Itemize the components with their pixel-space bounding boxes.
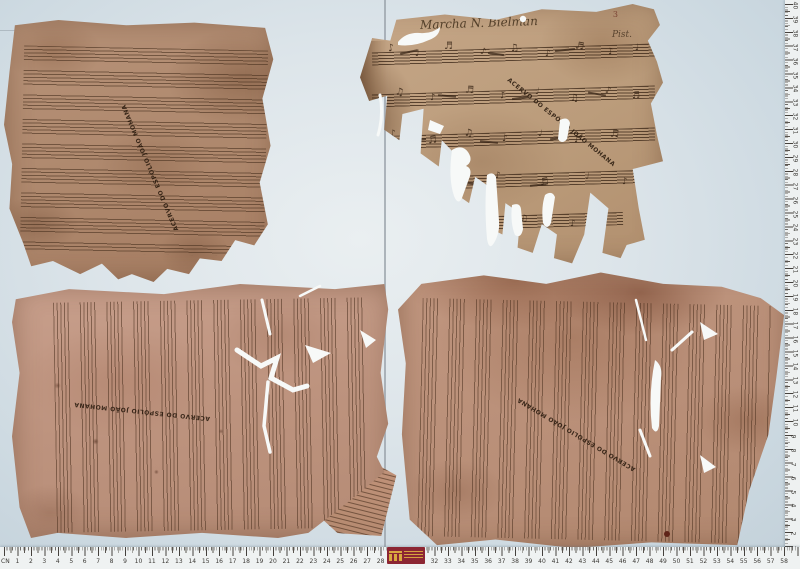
ruler-number: 35	[791, 71, 798, 79]
logo-text-lines	[404, 551, 423, 560]
ruler-number: 24	[791, 224, 798, 232]
ruler-number: 57	[767, 558, 775, 565]
ruler-number: 25	[791, 210, 798, 218]
ruler-number: 11	[791, 405, 798, 413]
ruler-number: 8	[789, 448, 796, 452]
music-note: ♫	[464, 129, 474, 140]
ruler-number: 23	[310, 558, 318, 565]
ruler-number: 10	[791, 419, 798, 427]
ruler-number: 32	[431, 558, 439, 565]
ruler-number: 12	[162, 558, 170, 565]
ruler-number: 45	[605, 558, 613, 565]
vertical-ruler: 4039383736353433323130292827262524232221…	[785, 0, 800, 548]
page-number: 3	[613, 10, 618, 19]
ruler-number: 34	[457, 558, 465, 565]
music-note: ♫	[570, 94, 579, 104]
ruler-number: 41	[552, 558, 560, 565]
ruler-number: 22	[296, 558, 304, 565]
ruler-unit-label: CN	[1, 558, 10, 565]
ruler-number: 28	[377, 558, 385, 565]
page-top-right: Marcha N. Bielman Pist. 3 ACERVO DO ESPÓ…	[360, 4, 663, 266]
ruler-number: 49	[659, 558, 667, 565]
ruler-number: 4	[56, 558, 60, 565]
music-note: ♫	[394, 87, 404, 98]
ruler-number: 3	[789, 518, 796, 522]
music-note: ♬	[444, 42, 453, 52]
ruler-number: 7	[96, 558, 100, 565]
ruler-number: 48	[646, 558, 654, 565]
ruler-number: 14	[188, 558, 196, 565]
music-note: ♬	[610, 130, 620, 141]
ruler-number: 5	[69, 558, 73, 565]
ruler-number: 33	[791, 99, 798, 107]
ruler-number: 2	[29, 558, 33, 565]
ruler-number: 26	[791, 196, 798, 204]
ruler-number: 21	[283, 558, 291, 565]
ruler-number: 36	[791, 57, 798, 65]
ruler-number: 54	[726, 558, 734, 565]
music-note: ♫	[510, 44, 520, 55]
ruler-number: 18	[791, 307, 798, 315]
ruler-number: 21	[791, 266, 798, 274]
ruler-number: 38	[511, 558, 519, 565]
ruler-number: 19	[791, 294, 798, 302]
ruler-number: 29	[791, 155, 798, 163]
ruler-number: 56	[753, 558, 761, 565]
ruler-number: 15	[791, 349, 798, 357]
ruler-number: 9	[789, 434, 796, 438]
ruler-number: 53	[713, 558, 721, 565]
staves	[53, 297, 377, 533]
ruler-number: 47	[632, 558, 640, 565]
music-note: ♪	[545, 50, 551, 59]
music-note: ♩	[635, 44, 639, 53]
ruler-number: 10	[135, 558, 143, 565]
ruler-number: 35	[471, 558, 479, 565]
ruler-number: 27	[791, 182, 798, 190]
ruler-number: 18	[242, 558, 250, 565]
ruler-number: 46	[619, 558, 627, 565]
ruler-number: 44	[592, 558, 600, 565]
music-note: ♬	[632, 92, 641, 102]
ruler-number: 52	[700, 558, 708, 565]
staves	[417, 298, 772, 544]
page-bottom-left: ACERVO DO ESPÓLIO JOÃO MOHANA	[12, 284, 392, 538]
ruler-number: 13	[175, 558, 183, 565]
ruler-number: 40	[538, 558, 546, 565]
page-bottom-right: ACERVO DO ESPÓLIO JOÃO MOHANA	[398, 264, 788, 548]
ruler-number: 13	[791, 377, 798, 385]
ruler-number: 28	[791, 168, 798, 176]
ruler-number: 12	[791, 391, 798, 399]
ruler-number: 58	[780, 558, 788, 565]
beam-mark	[445, 223, 461, 226]
ruler-number: 15	[202, 558, 210, 565]
ruler-number: 20	[269, 558, 277, 565]
ruler-number: 6	[789, 476, 796, 480]
ruler-number: 37	[498, 558, 506, 565]
ruler-number: 43	[579, 558, 587, 565]
ruler-number: 22	[791, 252, 798, 260]
page-top-left: ACERVO DO ESPÓLIO JOÃO MOHANA	[4, 20, 276, 282]
ruler-number: 24	[323, 558, 331, 565]
ruler-number: 42	[565, 558, 573, 565]
ruler-number: 31	[791, 127, 798, 135]
ruler-number: 14	[791, 363, 798, 371]
scene: ACERVO DO ESPÓLIO JOÃO MOHANA Marcha N. …	[0, 0, 800, 569]
music-note: ♪	[570, 220, 577, 229]
music-note: ♪	[495, 172, 501, 181]
music-note: ♬	[465, 86, 475, 97]
ruler-number: 51	[686, 558, 694, 565]
ruler-number: 2	[789, 532, 796, 536]
ruler-number: 39	[525, 558, 533, 565]
ruler-number: 3	[42, 558, 46, 565]
ruler-number: 38	[791, 29, 798, 37]
music-note: ♪	[390, 130, 396, 139]
ruler-number: 4	[789, 504, 796, 508]
ruler-number: 17	[229, 558, 237, 565]
ruler-number: 19	[256, 558, 264, 565]
ruler-number: 32	[791, 113, 798, 121]
music-note: ♪	[469, 220, 476, 230]
ruler-number: 25	[336, 558, 344, 565]
ruler-number: 23	[791, 238, 798, 246]
ruler-number: 34	[791, 85, 798, 93]
music-note: ♬	[574, 41, 585, 52]
ruler-number: 16	[791, 335, 798, 343]
music-note: ♪	[573, 136, 580, 146]
ruler-number: 7	[789, 462, 796, 466]
ruler-number: 9	[123, 558, 127, 565]
ruler-number: 30	[791, 141, 798, 149]
music-note: ♬	[427, 135, 437, 146]
ruler-number: 36	[484, 558, 492, 565]
ruler-number: 1	[16, 558, 20, 565]
music-note: ♫	[520, 215, 529, 225]
ruler-number: 11	[148, 558, 156, 565]
ruler-number: 20	[791, 280, 798, 288]
ruler-number: 39	[791, 16, 798, 24]
handwritten-title-suffix: Pist.	[612, 30, 632, 40]
ruler-number: 40	[791, 2, 798, 10]
ruler-number: 55	[740, 558, 748, 565]
building-icon	[389, 551, 402, 561]
ruler-number: 37	[791, 43, 798, 51]
ruler-number: 33	[444, 558, 452, 565]
ruler-number: 26	[350, 558, 358, 565]
music-note: ♫	[449, 178, 459, 189]
music-note: ♬	[420, 216, 429, 226]
ruler-number: 27	[363, 558, 371, 565]
ruler-number: 16	[215, 558, 223, 565]
ruler-number: 6	[83, 558, 87, 565]
archive-logo	[387, 547, 425, 564]
music-note: ♪	[430, 94, 437, 104]
ruler-number: 8	[110, 558, 114, 565]
music-note: ♪	[405, 174, 412, 184]
ruler-number: 5	[789, 490, 796, 494]
music-note: ♪	[622, 178, 628, 187]
ruler-number: 50	[673, 558, 681, 565]
ruler-number: 17	[791, 321, 798, 329]
music-note: ♪	[502, 135, 508, 144]
